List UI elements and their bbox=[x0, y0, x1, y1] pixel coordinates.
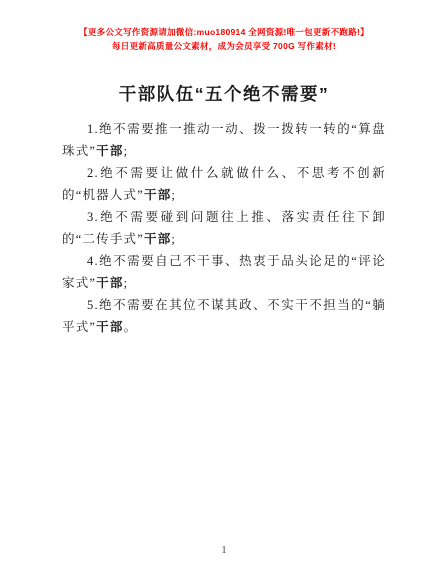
page-number: 1 bbox=[0, 545, 448, 556]
list-item-text: 3.绝不需要碰到问题往上推、落实责任往下卸的“二传手式” bbox=[62, 210, 386, 246]
list-item-emphasis: 干部 bbox=[144, 232, 171, 246]
list-item: 3.绝不需要碰到问题往上推、落实责任往下卸的“二传手式”干部; bbox=[62, 206, 386, 250]
list-item-punct: ; bbox=[124, 276, 129, 290]
list-item-text: 2.绝不需要让做什么就做什么、不思考不创新的“机器人式” bbox=[62, 166, 386, 202]
list-item-punct: ; bbox=[124, 144, 129, 158]
list-item: 5.绝不需要在其位不谋其政、不实干不担当的“躺平式”干部。 bbox=[62, 294, 386, 338]
document-body: 1.绝不需要推一推动一动、拨一拨转一转的“算盘珠式”干部; 2.绝不需要让做什么… bbox=[62, 118, 386, 338]
promo-header: 【更多公文写作资源请加微信:muo180914 全网资源!唯一包更新不跑路!】 … bbox=[0, 0, 448, 53]
list-item-punct: ; bbox=[171, 188, 176, 202]
promo-header-line1: 【更多公文写作资源请加微信:muo180914 全网资源!唯一包更新不跑路!】 bbox=[0, 25, 448, 39]
list-item-emphasis: 干部 bbox=[96, 144, 123, 158]
document-page: 【更多公文写作资源请加微信:muo180914 全网资源!唯一包更新不跑路!】 … bbox=[0, 0, 448, 580]
list-item-emphasis: 干部 bbox=[144, 188, 171, 202]
list-item-punct: 。 bbox=[124, 320, 138, 334]
list-item: 2.绝不需要让做什么就做什么、不思考不创新的“机器人式”干部; bbox=[62, 162, 386, 206]
promo-header-line2: 每日更新高质量公文素材，成为会员享受 700G 写作素材! bbox=[0, 39, 448, 53]
list-item-punct: ; bbox=[171, 232, 176, 246]
list-item: 1.绝不需要推一推动一动、拨一拨转一转的“算盘珠式”干部; bbox=[62, 118, 386, 162]
page-title: 干部队伍“五个绝不需要” bbox=[0, 84, 448, 104]
list-item-emphasis: 干部 bbox=[96, 320, 123, 334]
list-item: 4.绝不需要自己不干事、热衷于品头论足的“评论家式”干部; bbox=[62, 250, 386, 294]
list-item-emphasis: 干部 bbox=[96, 276, 123, 290]
